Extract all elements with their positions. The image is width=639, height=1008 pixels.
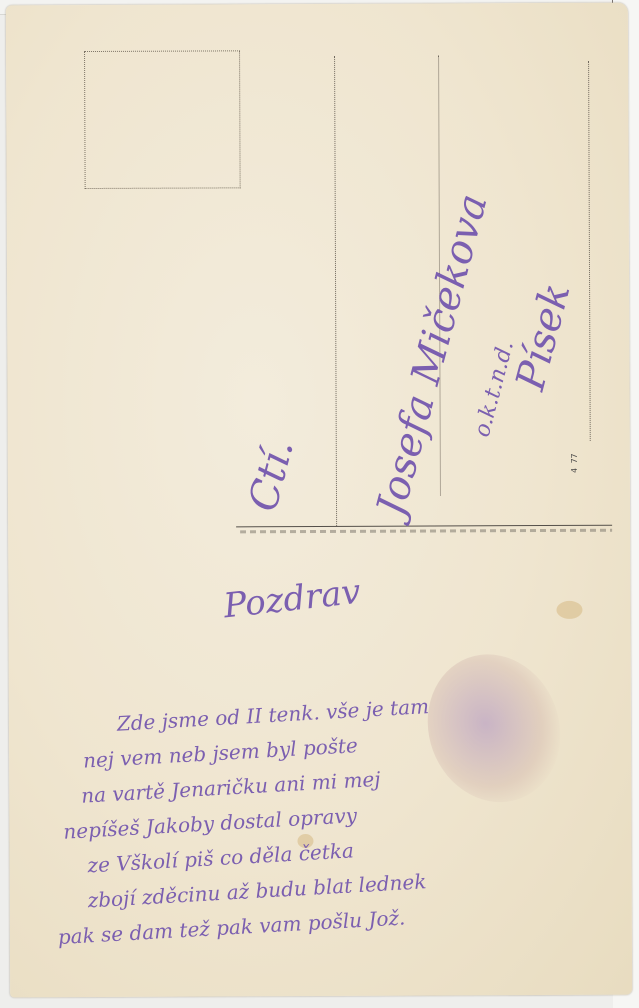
stamp-placeholder-box — [84, 50, 241, 189]
address-city: Písek — [507, 279, 579, 395]
address-salutation: Ctí. — [240, 435, 303, 517]
address-name: Josefa Mičekova — [368, 189, 497, 520]
print-number: 4 77 — [570, 454, 579, 473]
greeting: Pozdrav — [222, 572, 363, 627]
address-line-3 — [588, 61, 591, 441]
foxing-spot — [556, 601, 582, 619]
address-line-1 — [334, 56, 337, 526]
divider-printed-text — [240, 529, 612, 534]
message-body: Zde jsme od II tenk. vše je tam nej vem … — [57, 708, 618, 955]
postcard-back: 4 77 Ctí. Josefa Mičekova o.k.t.n.d. Pís… — [6, 3, 632, 998]
address-line2: o.k.t.n.d. — [470, 338, 519, 439]
message-divider — [236, 525, 612, 528]
